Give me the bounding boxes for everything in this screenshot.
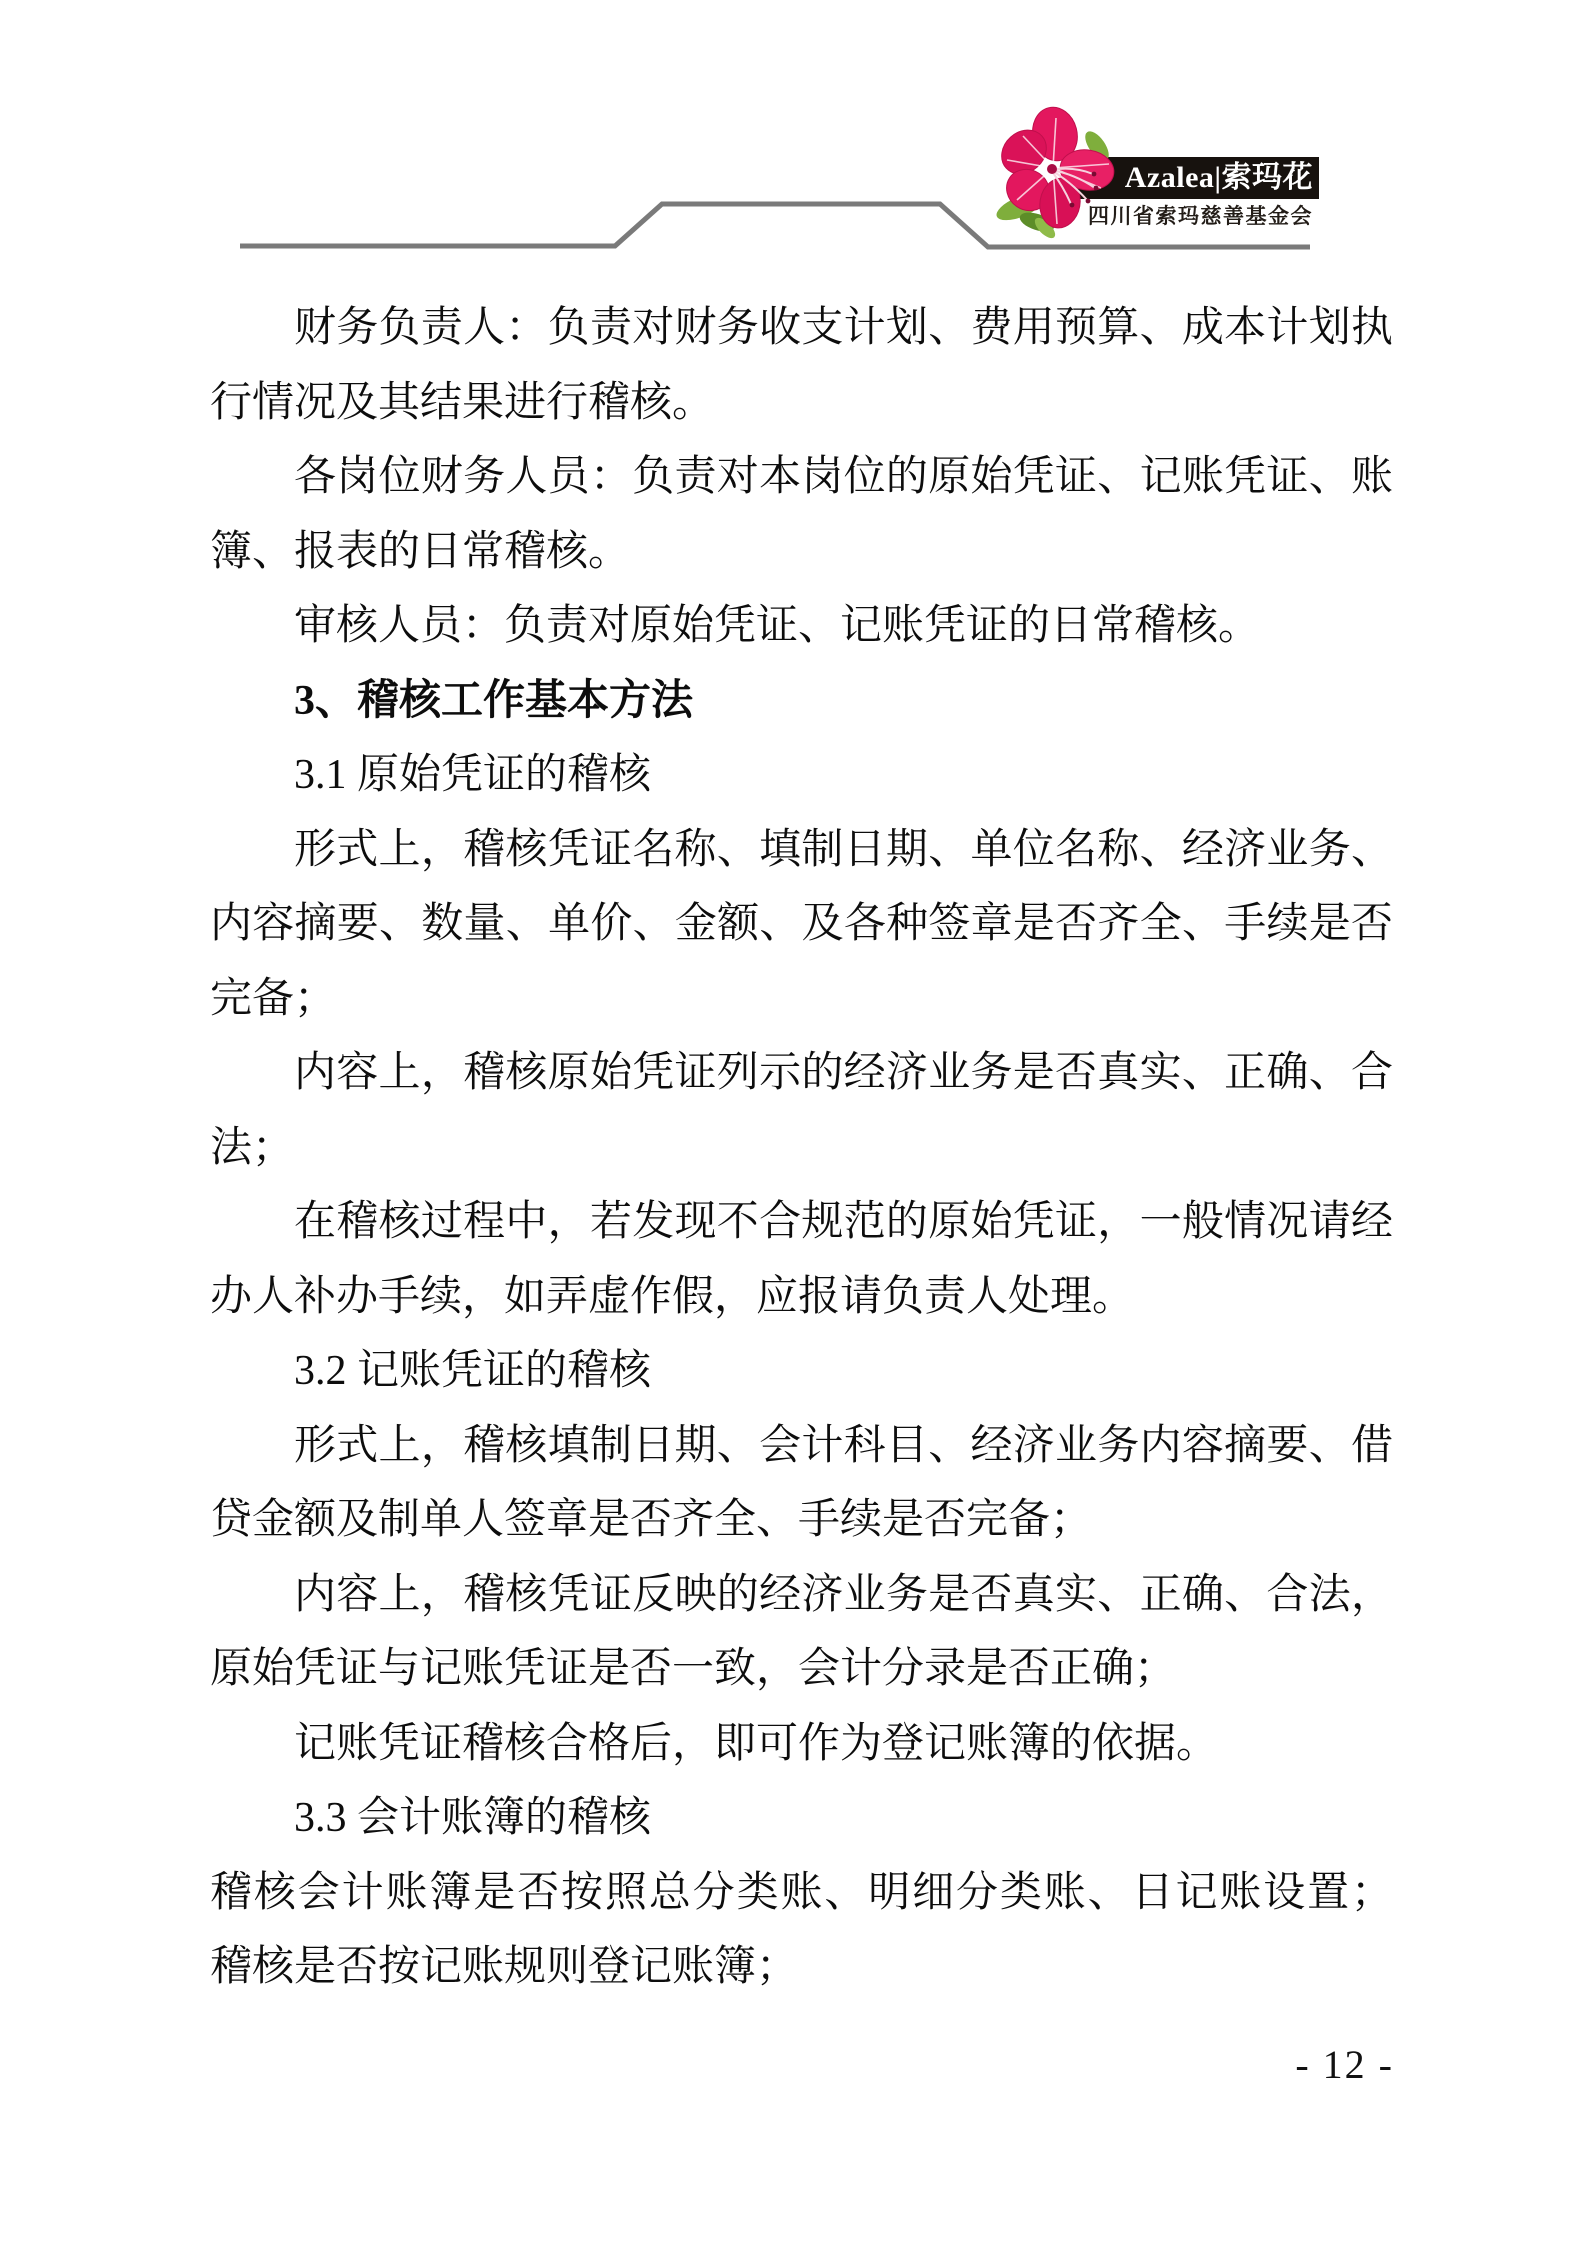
body-line: 各岗位财务人员：负责对本岗位的原始凭证、记账凭证、账 (210, 440, 1393, 515)
document-page: Azalea|索玛花 四川省索玛慈善基金会 (0, 0, 1587, 2245)
body-line: 在稽核过程中，若发现不合规范的原始凭证，一般情况请经 (210, 1185, 1393, 1260)
body-line: 原始凭证与记账凭证是否一致，会计分录是否正确； (210, 1632, 1393, 1707)
body-line: 稽核是否按记账规则登记账簿； (210, 1930, 1393, 2005)
body-line: 财务负责人：负责对财务收支计划、费用预算、成本计划执 (210, 291, 1393, 366)
body-line: 审核人员：负责对原始凭证、记账凭证的日常稽核。 (210, 589, 1393, 664)
body-line: 办人补办手续，如弄虚作假，应报请负责人处理。 (210, 1260, 1393, 1335)
body-line: 内容摘要、数量、单价、金额、及各种签章是否齐全、手续是否 (210, 887, 1393, 962)
header-rule (0, 0, 1587, 300)
body-line: 形式上，稽核凭证名称、填制日期、单位名称、经济业务、 (210, 813, 1393, 888)
brand-text: Azalea|索玛花 (1125, 163, 1313, 193)
body-line: 内容上，稽核凭证反映的经济业务是否真实、正确、合法， (210, 1558, 1393, 1633)
body-line: 簿、报表的日常稽核。 (210, 515, 1393, 590)
body-subheading: 3.1 原始凭证的稽核 (210, 738, 1393, 813)
body-line: 稽核会计账簿是否按照总分类账、明细分类账、日记账设置； (210, 1856, 1393, 1931)
body-line: 形式上，稽核填制日期、会计科目、经济业务内容摘要、借 (210, 1409, 1393, 1484)
body-line: 贷金额及制单人签章是否齐全、手续是否完备； (210, 1483, 1393, 1558)
azalea-flower-icon (993, 100, 1123, 245)
body-subheading: 3.3 会计账簿的稽核 (210, 1781, 1393, 1856)
body-line: 完备； (210, 962, 1393, 1037)
body-line: 法； (210, 1111, 1393, 1186)
flower-center (1047, 164, 1057, 174)
body-line: 记账凭证稽核合格后，即可作为登记账簿的依据。 (210, 1707, 1393, 1782)
body-subheading: 3.2 记账凭证的稽核 (210, 1334, 1393, 1409)
body-line: 内容上，稽核原始凭证列示的经济业务是否真实、正确、合 (210, 1036, 1393, 1111)
document-body: 财务负责人：负责对财务收支计划、费用预算、成本计划执 行情况及其结果进行稽核。 … (210, 291, 1393, 2005)
page-number: - 12 - (1295, 2041, 1394, 2088)
body-heading: 3、稽核工作基本方法 (210, 664, 1393, 739)
body-line: 行情况及其结果进行稽核。 (210, 366, 1393, 441)
